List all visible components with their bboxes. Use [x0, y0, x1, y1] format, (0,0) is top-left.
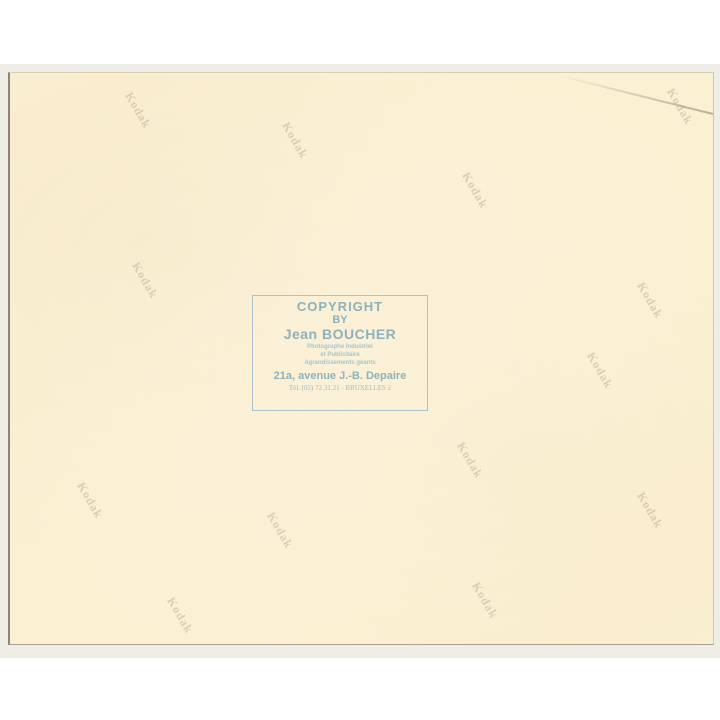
kodak-watermark: Kodak: [663, 86, 696, 128]
kodak-watermark: Kodak: [633, 280, 666, 322]
kodak-watermark: Kodak: [128, 260, 161, 302]
kodak-watermark: Kodak: [263, 510, 296, 552]
copyright-stamp: COPYRIGHT BY Jean BOUCHER Photographe In…: [252, 295, 428, 411]
stamp-copyright: COPYRIGHT: [253, 299, 427, 314]
kodak-watermark: Kodak: [278, 120, 311, 162]
photo-back: Kodak Kodak Kodak Kodak Kodak Kodak Koda…: [8, 72, 714, 645]
kodak-watermark: Kodak: [73, 480, 106, 522]
kodak-watermark: Kodak: [458, 170, 491, 212]
stamp-phone: Tél. (02) 72.31.21 - BRUXELLES 2: [253, 383, 427, 393]
stamp-profession-2: et Publicitaire: [253, 351, 427, 359]
kodak-watermark: Kodak: [583, 350, 616, 392]
stamp-by: BY: [253, 314, 427, 326]
stamp-name: Jean BOUCHER: [253, 326, 427, 343]
stamp-address: 21a, avenue J.-B. Depaire: [253, 369, 427, 383]
kodak-watermark: Kodak: [633, 490, 666, 532]
kodak-watermark: Kodak: [453, 440, 486, 482]
kodak-watermark: Kodak: [163, 595, 196, 637]
stamp-profession: Photographe Industriel: [253, 343, 427, 351]
kodak-watermark: Kodak: [121, 90, 154, 132]
kodak-watermark: Kodak: [468, 580, 501, 622]
stamp-service: Agrandissements géants: [253, 359, 427, 367]
